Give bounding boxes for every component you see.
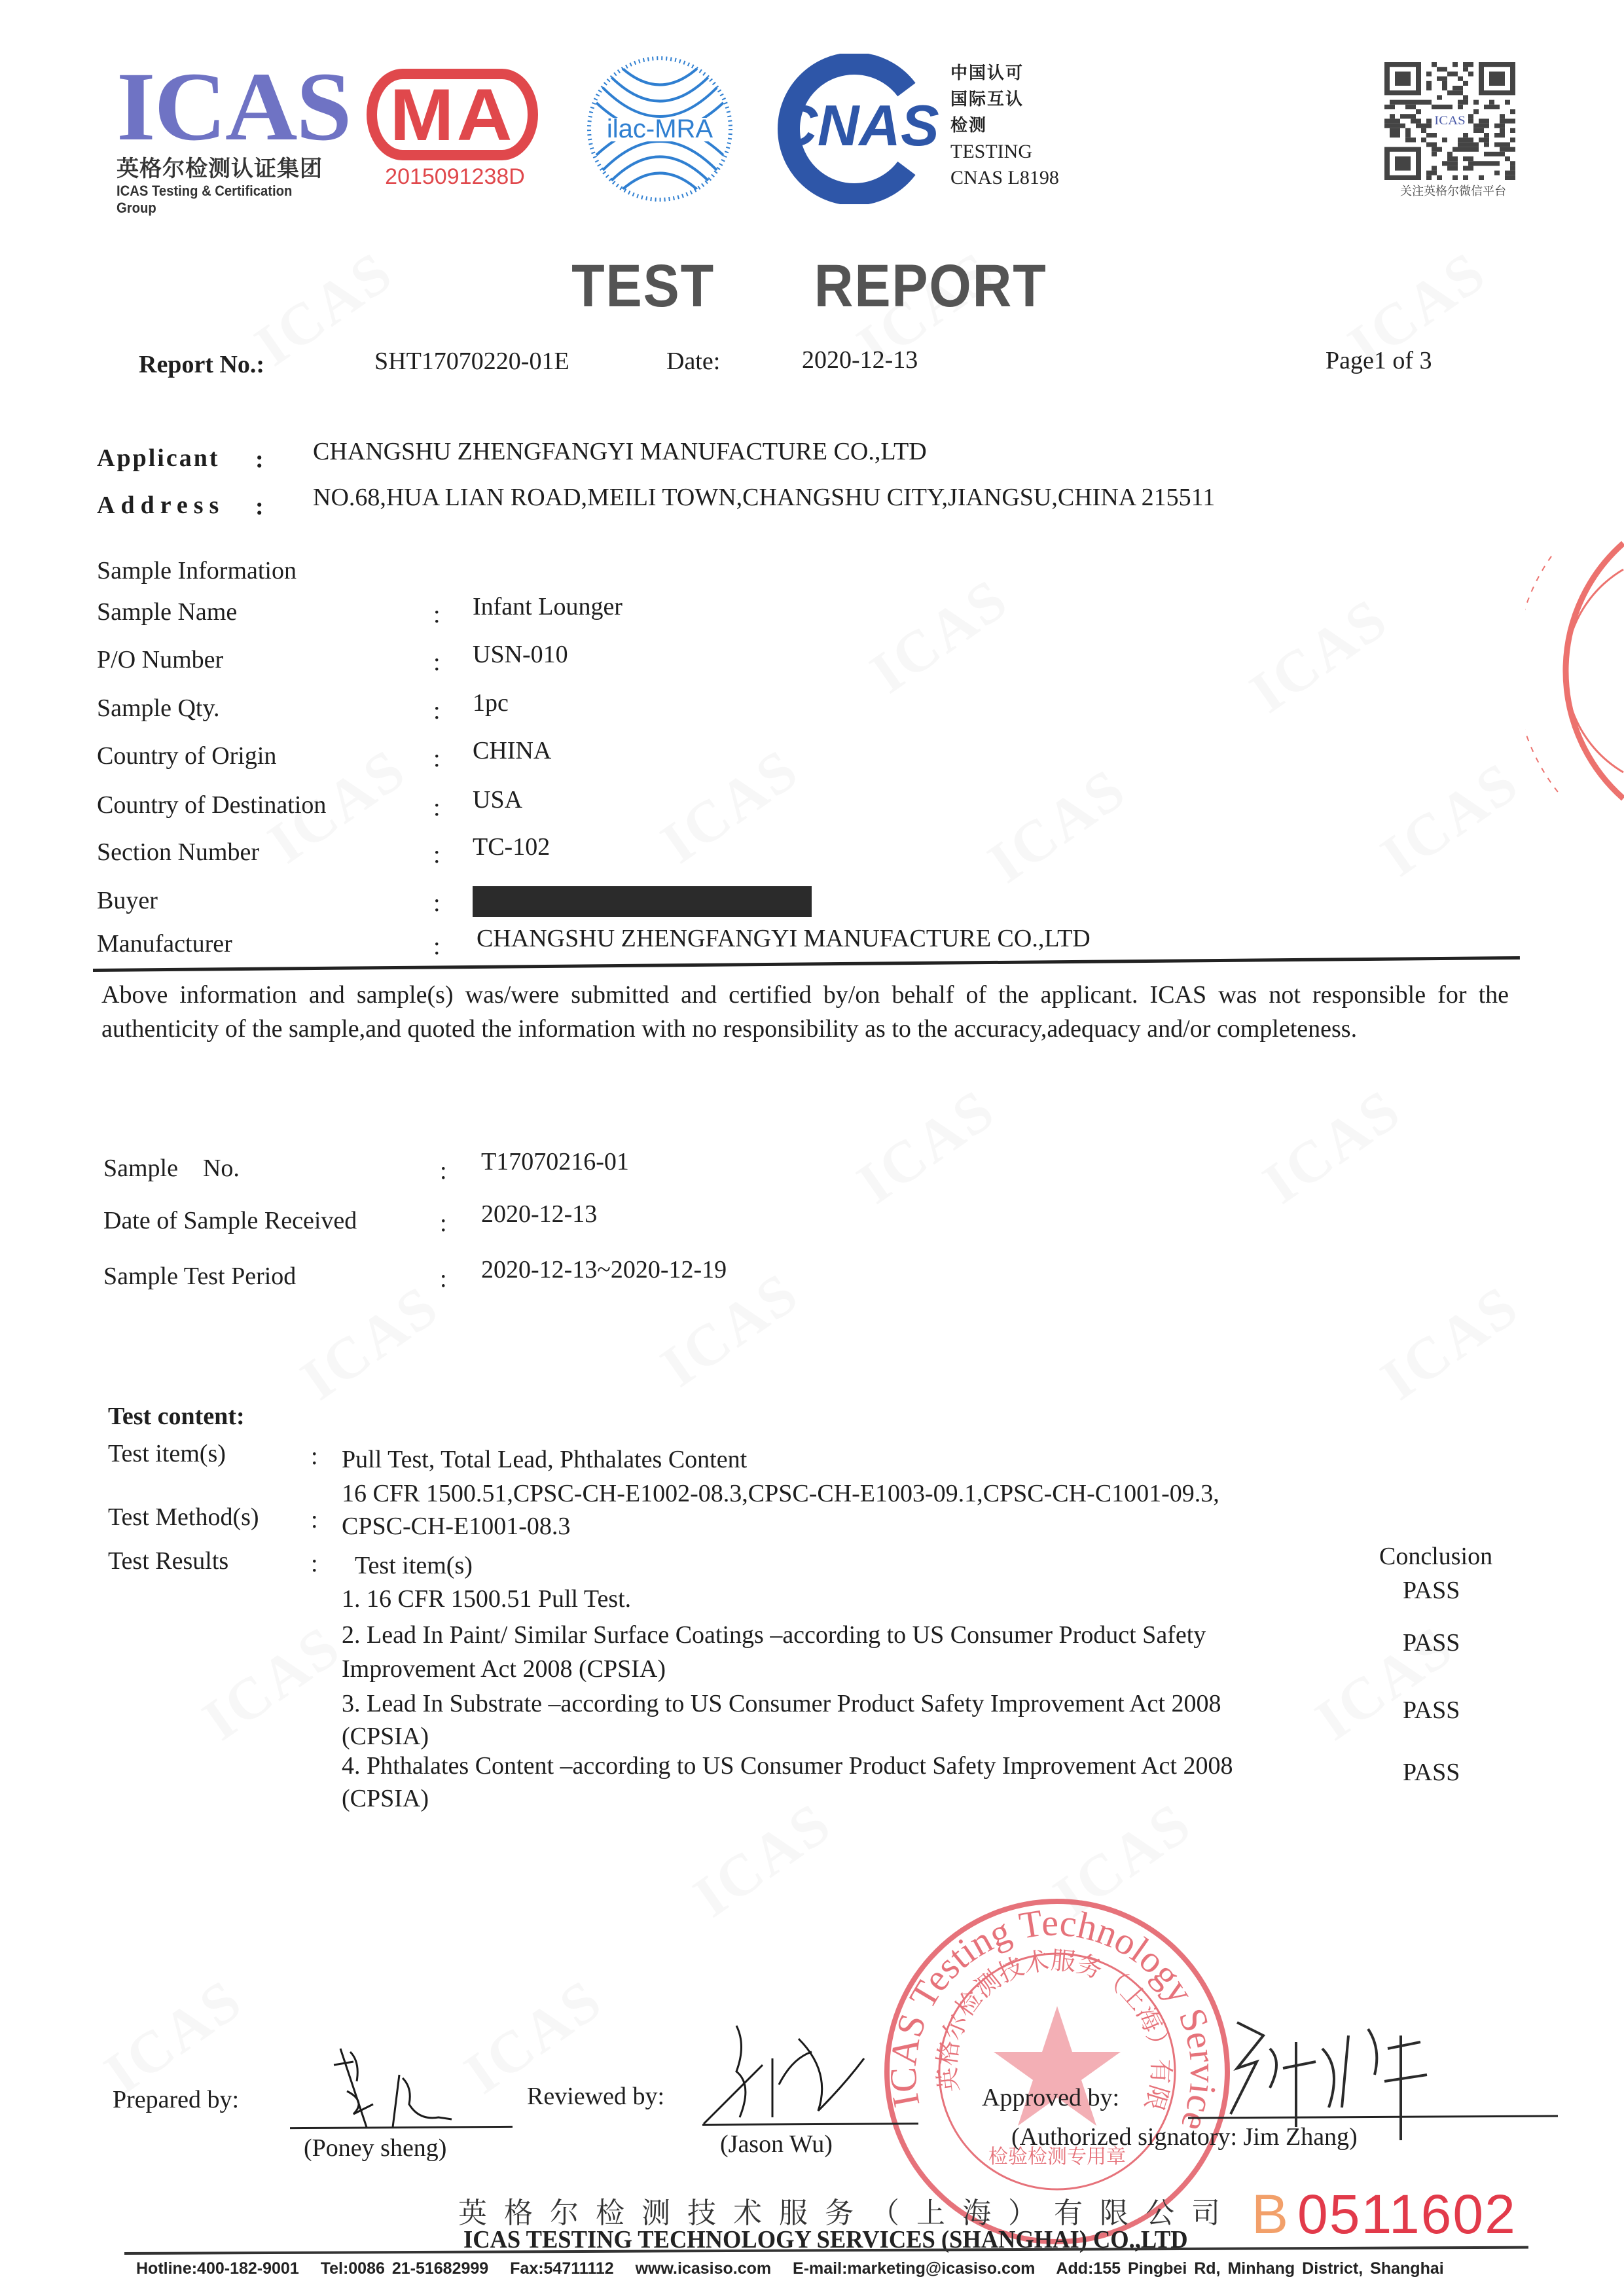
test-methods-line2: CPSC-CH-E1001-08.3 [342,1513,570,1541]
watermark: ICAS [649,735,811,877]
colon: : [311,1505,318,1534]
sample-detail-label: Sample Test Period [103,1263,296,1291]
sample-field-value: USA [473,787,522,814]
sample-info-heading: Sample Information [97,558,297,585]
qr-center-label: ICAS [1434,114,1465,128]
page-title: TESTREPORT [0,252,1624,321]
colon: : [433,648,441,677]
results-header-item: Test item(s) [355,1552,473,1580]
sample-field-label: Section Number [97,839,259,867]
sample-field-label: Country of Destination [97,792,326,819]
test-result-conclusion: PASS [1403,1697,1460,1725]
ilac-mark-text: ilac-MRA [607,115,713,143]
buyer-redaction [473,886,812,917]
colon: : [440,1157,447,1185]
prepared-by-name: (Poney sheng) [304,2135,446,2162]
qr-caption: 关注英格尔微信平台 [1375,182,1532,199]
cnas-mark-text: CNAS [776,93,939,158]
watermark: ICAS [1251,1075,1413,1217]
prepared-signature [321,2042,491,2140]
reviewed-by-name: (Jason Wu) [720,2131,833,2159]
sample-field-label: Buyer [97,888,158,915]
watermark: ICAS [976,755,1138,897]
test-methods-label: Test Method(s) [108,1504,259,1532]
cnas-line: TESTING [950,139,1059,165]
title-word-report: REPORT [814,252,1047,321]
test-items-value: Pull Test, Total Lead, Phthalates Conten… [342,1446,747,1474]
approved-by-name: (Authorized signatory: Jim Zhang) [1011,2124,1358,2151]
watermark: ICAS [1369,748,1531,890]
page-number: Page1 of 3 [1326,348,1432,375]
footer-website[interactable]: www.icasiso.com [636,2259,771,2278]
watermark: ICAS [1369,1272,1531,1414]
sample-field-value: 1pc [473,690,509,717]
sample-field-label: Manufacturer [97,931,232,958]
icas-logo: ICAS 英格尔检测认证集团 ICAS Testing & Certificat… [117,64,352,195]
watermark: ICAS [1238,584,1400,726]
colon: : [433,932,441,961]
sample-field-value: CHANGSHU ZHENGFANGYI MANUFACTURE CO.,LTD [477,925,1091,953]
cnas-line: 检测 [950,113,1059,139]
applicant-label: Applicant [97,445,219,473]
colon: : [433,793,441,822]
cma-mark: MA [367,69,538,160]
report-no-value: SHT17070220-01E [374,348,569,376]
colon: : [440,1265,447,1293]
test-result-item-text: 4. Phthalates Content –according to US C… [342,1753,1233,1780]
divider [93,956,1520,972]
serial-number: B0511602 [1252,2183,1517,2246]
footer-fax: Fax:54711112 [510,2259,614,2278]
footer-contact-bar: Hotline:400-182-9001 Tel:0086 21-5168299… [136,2259,1458,2278]
cma-mark-text: MA [389,73,514,157]
cma-number: 2015091238D [367,164,543,190]
sample-detail-label: Sample No. [103,1155,240,1183]
footer-tel: Tel:0086 21-51682999 [321,2259,489,2278]
cnas-line: CNAS L8198 [950,165,1059,191]
sample-field-label: Sample Qty. [97,695,220,723]
watermark: ICAS [681,1789,844,1931]
footer-address: Add:155 Pingbei Rd, Minhang District, Sh… [1056,2259,1443,2278]
icas-logo-mark: ICAS [117,64,357,149]
colon: : [433,696,441,725]
cnas-line: 中国认可 [950,60,1059,86]
applicant-value: CHANGSHU ZHENGFANGYI MANUFACTURE CO.,LTD [313,439,927,466]
report-no-label: Report No.: [139,351,264,379]
sample-field-value: USN-010 [473,641,568,669]
sample-detail-value: 2020-12-13 [481,1201,597,1229]
icas-logo-en-name: ICAS Testing & Certification Group [117,183,333,217]
sample-field-label: Sample Name [97,599,237,626]
reviewed-by-label: Reviewed by: [527,2083,664,2111]
test-result-item-text: (CPSIA) [342,1785,429,1813]
test-result-item-text: (CPSIA) [342,1723,429,1751]
serial-digits: 0511602 [1297,2183,1517,2245]
colon: : [433,889,441,918]
test-result-item-text: 1. 16 CFR 1500.51 Pull Test. [342,1586,631,1613]
footer-email[interactable]: E-mail:marketing@icasiso.com [793,2259,1035,2278]
date-label: Date: [666,348,720,376]
test-content-heading: Test content: [108,1403,245,1431]
cnas-line: 国际互认 [950,86,1059,113]
test-result-item-text: 3. Lead In Substrate –according to US Co… [342,1691,1221,1718]
sample-field-label: Country of Origin [97,743,276,770]
cma-logo: MA 2015091238D [367,69,543,209]
serial-prefix: B [1252,2183,1290,2245]
sample-field-value: Infant Lounger [473,594,623,621]
date-value: 2020-12-13 [802,347,918,374]
qr-code[interactable]: ICAS [1384,62,1515,180]
sample-field-label: P/O Number [97,647,223,674]
test-results-label: Test Results [108,1548,228,1575]
colon: : [255,445,264,474]
watermark: ICAS [858,565,1020,707]
test-result-conclusion: PASS [1403,1759,1460,1787]
watermark: ICAS [289,1272,451,1414]
colon: : [433,600,441,629]
colon: : [311,1549,318,1578]
test-result-conclusion: PASS [1403,1630,1460,1657]
sample-detail-value: T17070216-01 [481,1149,629,1176]
test-methods-line1: 16 CFR 1500.51,CPSC-CH-E1002-08.3,CPSC-C… [342,1480,1219,1508]
sample-detail-label: Date of Sample Received [103,1208,357,1235]
sample-field-value: CHINA [473,738,551,765]
colon: : [433,744,441,773]
seal-edge-stamp [1525,517,1624,818]
test-items-label: Test item(s) [108,1441,226,1468]
test-result-item-text: 2. Lead In Paint/ Similar Surface Coatin… [342,1622,1206,1649]
test-result-conclusion: PASS [1403,1577,1460,1605]
watermark: ICAS [190,1612,353,1754]
address-value: NO.68,HUA LIAN ROAD,MEILI TOWN,CHANGSHU … [313,484,1215,512]
colon: : [255,492,264,521]
colon: : [440,1209,447,1238]
ilac-mra-logo: ilac-MRA [585,54,735,204]
footer-hotline: Hotline:400-182-9001 [136,2259,299,2278]
address-label: Address [97,492,225,520]
reviewed-signature [700,2019,916,2130]
sample-detail-value: 2020-12-13~2020-12-19 [481,1257,727,1284]
title-word-test: TEST [571,252,715,321]
approved-by-label: Approved by: [982,2085,1119,2112]
prepared-by-label: Prepared by: [113,2087,239,2114]
cnas-accreditation-text: 中国认可 国际互认 检测 TESTING CNAS L8198 [950,60,1059,191]
sample-field-value: TC-102 [473,834,550,861]
watermark: ICAS [845,1075,1007,1217]
colon: : [311,1442,318,1471]
colon: : [433,840,441,869]
results-header-conclusion: Conclusion [1379,1543,1492,1571]
disclaimer-text: Above information and sample(s) was/were… [101,978,1509,1046]
test-result-item-text: Improvement Act 2008 (CPSIA) [342,1656,666,1683]
cnas-logo: CNAS [772,54,943,204]
